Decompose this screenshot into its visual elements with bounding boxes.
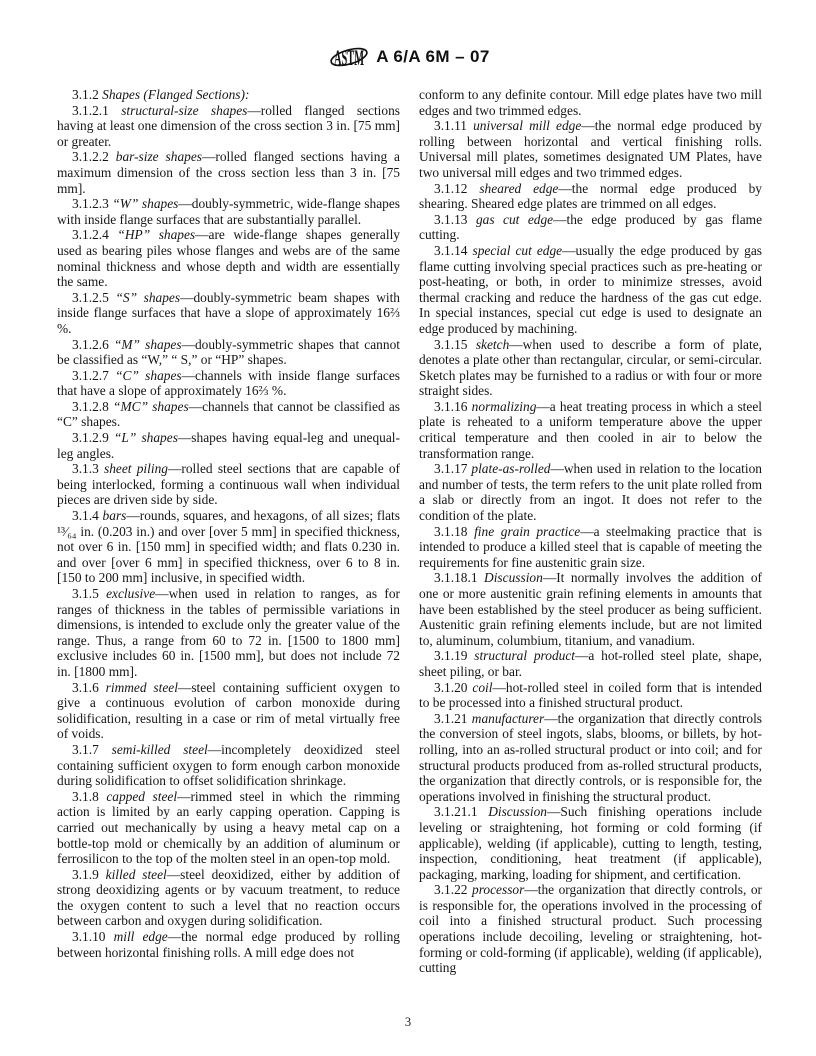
- defined-term: rimmed steel: [106, 680, 178, 695]
- definition-paragraph: 3.1.7 semi-killed steel—incompletely deo…: [57, 742, 400, 789]
- document-page: ASTM A 6/A 6M – 07 3.1.2 Shapes (Flanged…: [0, 0, 816, 1056]
- section-number: 3.1.21.1: [434, 804, 488, 819]
- defined-term: “HP” shapes: [117, 227, 195, 242]
- defined-term: killed steel: [106, 867, 167, 882]
- defined-term: plate-as-rolled: [471, 461, 550, 476]
- definition-paragraph: 3.1.2 Shapes (Flanged Sections):: [57, 87, 400, 103]
- section-number: 3.1.11: [434, 118, 473, 133]
- section-number: 3.1.18: [434, 524, 474, 539]
- definition-paragraph: 3.1.9 killed steel—steel deoxidized, eit…: [57, 867, 400, 929]
- section-number: 3.1.2.8: [72, 399, 113, 414]
- section-number: 3.1.13: [434, 212, 476, 227]
- section-number: 3.1.10: [72, 929, 114, 944]
- standard-designation: A 6/A 6M – 07: [376, 47, 490, 67]
- section-number: 3.1.7: [72, 742, 112, 757]
- section-number: 3.1.16: [434, 399, 472, 414]
- section-number: 3.1.19: [434, 648, 474, 663]
- definition-paragraph: 3.1.15 sketch—when used to describe a fo…: [419, 337, 762, 399]
- section-number: 3.1.5: [72, 586, 106, 601]
- left-column: 3.1.2 Shapes (Flanged Sections):3.1.2.1 …: [57, 87, 400, 976]
- definition-paragraph: 3.1.5 exclusive—when used in relation to…: [57, 586, 400, 680]
- defined-term: “L” shapes: [114, 430, 178, 445]
- section-number: 3.1.2.6: [72, 337, 114, 352]
- defined-term: “S” shapes: [115, 290, 180, 305]
- section-number: 3.1.3: [72, 461, 104, 476]
- defined-term: bars: [103, 508, 127, 523]
- defined-term: coil: [472, 680, 492, 695]
- defined-term: structural product: [474, 648, 575, 663]
- section-number: 3.1.15: [434, 337, 476, 352]
- definition-paragraph: 3.1.6 rimmed steel—steel containing suff…: [57, 680, 400, 742]
- defined-term: exclusive: [106, 586, 155, 601]
- definition-paragraph: 3.1.20 coil—hot-rolled steel in coiled f…: [419, 680, 762, 711]
- defined-term: gas cut edge: [476, 212, 553, 227]
- definition-paragraph: 3.1.2.7 “C” shapes—channels with inside …: [57, 368, 400, 399]
- section-number: 3.1.2.7: [72, 368, 115, 383]
- definition-paragraph: 3.1.2.8 “MC” shapes—channels that cannot…: [57, 399, 400, 430]
- defined-term: “M” shapes: [114, 337, 182, 352]
- definition-paragraph: 3.1.11 universal mill edge—the normal ed…: [419, 118, 762, 180]
- section-number: 3.1.2.5: [72, 290, 115, 305]
- section-number: 3.1.17: [434, 461, 471, 476]
- definition-paragraph: 3.1.2.6 “M” shapes—doubly-symmetric shap…: [57, 337, 400, 368]
- page-footer: 3: [0, 1015, 816, 1030]
- definition-paragraph: 3.1.2.4 “HP” shapes—are wide-flange shap…: [57, 227, 400, 289]
- defined-term: “MC” shapes: [113, 399, 189, 414]
- defined-term: semi-killed steel: [112, 742, 208, 757]
- defined-term: “C” shapes: [115, 368, 182, 383]
- definition-paragraph: 3.1.2.9 “L” shapes—shapes having equal-l…: [57, 430, 400, 461]
- definition-paragraph: 3.1.17 plate-as-rolled—when used in rela…: [419, 461, 762, 523]
- definition-paragraph: 3.1.2.2 bar-size shapes—rolled flanged s…: [57, 149, 400, 196]
- defined-term: universal mill edge: [473, 118, 581, 133]
- section-number: 3.1.12: [434, 181, 479, 196]
- definition-paragraph: 3.1.18.1 Discussion—It normally involves…: [419, 570, 762, 648]
- defined-term: Discussion: [488, 804, 547, 819]
- section-number: 3.1.2.4: [72, 227, 117, 242]
- section-number: 3.1.8: [72, 789, 106, 804]
- definition-paragraph: 3.1.2.3 “W” shapes—doubly-symmetric, wid…: [57, 196, 400, 227]
- section-number: 3.1.2: [72, 87, 102, 102]
- definition-paragraph: 3.1.21 manufacturer—the organization tha…: [419, 711, 762, 805]
- defined-term: capped steel: [106, 789, 177, 804]
- definition-paragraph: 3.1.14 special cut edge—usually the edge…: [419, 243, 762, 337]
- section-number: 3.1.18.1: [434, 570, 484, 585]
- definition-paragraph: 3.1.21.1 Discussion—Such finishing opera…: [419, 804, 762, 882]
- definition-paragraph: 3.1.19 structural product—a hot-rolled s…: [419, 648, 762, 679]
- section-number: 3.1.22: [434, 882, 472, 897]
- definition-paragraph: 3.1.16 normalizing—a heat treating proce…: [419, 399, 762, 461]
- astm-logo-icon: ASTM: [329, 41, 369, 73]
- definition-paragraph: conform to any definite contour. Mill ed…: [419, 87, 762, 118]
- definition-paragraph: 3.1.2.5 “S” shapes—doubly-symmetric beam…: [57, 290, 400, 337]
- defined-term: Shapes (Flanged Sections):: [102, 87, 249, 102]
- section-number: 3.1.14: [434, 243, 473, 258]
- defined-term: sheet piling: [104, 461, 168, 476]
- defined-term: “W” shapes: [112, 196, 178, 211]
- defined-term: fine grain practice: [474, 524, 580, 539]
- section-number: 3.1.2.1: [72, 103, 121, 118]
- defined-term: processor: [472, 882, 524, 897]
- section-number: 3.1.2.2: [72, 149, 116, 164]
- document-header: ASTM A 6/A 6M – 07: [57, 40, 762, 74]
- defined-term: bar-size shapes: [116, 149, 202, 164]
- definition-paragraph: 3.1.22 processor—the organization that d…: [419, 882, 762, 976]
- right-column: conform to any definite contour. Mill ed…: [419, 87, 762, 976]
- section-number: 3.1.2.3: [72, 196, 112, 211]
- definition-paragraph: 3.1.18 fine grain practice—a steelmaking…: [419, 524, 762, 571]
- defined-term: manufacturer: [472, 711, 544, 726]
- defined-term: mill edge: [114, 929, 168, 944]
- section-number: 3.1.4: [72, 508, 103, 523]
- section-number: 3.1.6: [72, 680, 106, 695]
- definition-paragraph: 3.1.8 capped steel—rimmed steel in which…: [57, 789, 400, 867]
- definition-paragraph: 3.1.10 mill edge—the normal edge produce…: [57, 929, 400, 960]
- definition-paragraph: 3.1.2.1 structural-size shapes—rolled fl…: [57, 103, 400, 150]
- definition-paragraph: 3.1.12 sheared edge—the normal edge prod…: [419, 181, 762, 212]
- section-number: 3.1.9: [72, 867, 106, 882]
- section-number: 3.1.21: [434, 711, 472, 726]
- defined-term: Discussion: [484, 570, 543, 585]
- two-column-text: 3.1.2 Shapes (Flanged Sections):3.1.2.1 …: [57, 87, 762, 976]
- defined-term: special cut edge: [473, 243, 563, 258]
- defined-term: normalizing: [472, 399, 537, 414]
- definition-paragraph: 3.1.3 sheet piling—rolled steel sections…: [57, 461, 400, 508]
- section-number: 3.1.20: [434, 680, 472, 695]
- defined-term: sheared edge: [479, 181, 558, 196]
- defined-term: sketch: [476, 337, 509, 352]
- definition-paragraph: 3.1.13 gas cut edge—the edge produced by…: [419, 212, 762, 243]
- section-number: 3.1.2.9: [72, 430, 114, 445]
- defined-term: structural-size shapes: [121, 103, 247, 118]
- definition-paragraph: 3.1.4 bars—rounds, squares, and hexagons…: [57, 508, 400, 586]
- page-number: 3: [405, 1015, 411, 1029]
